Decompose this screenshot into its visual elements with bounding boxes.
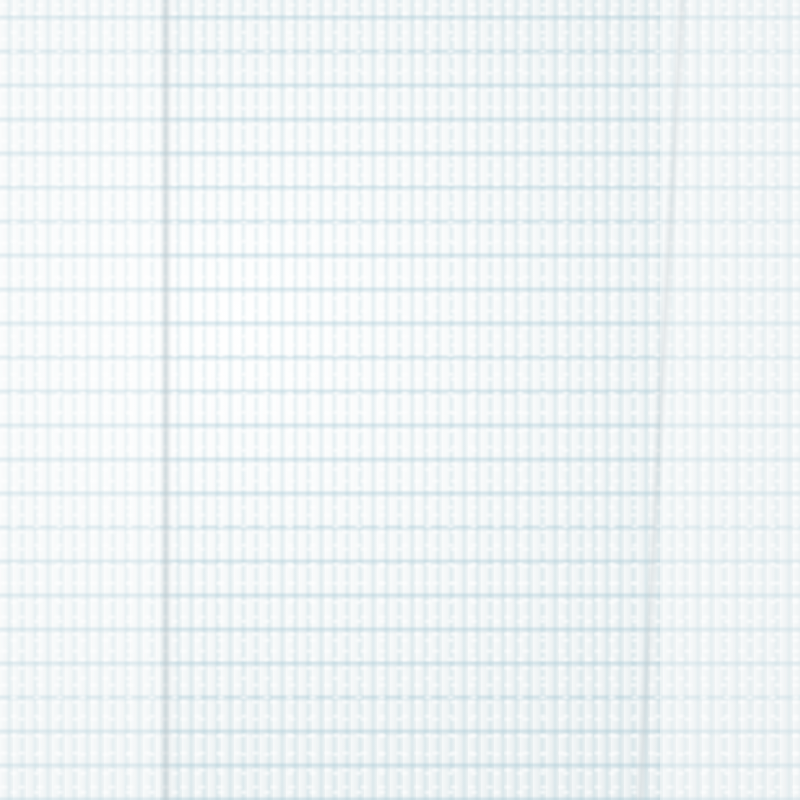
fabric-texture-photo: [0, 0, 800, 800]
left-seam: [160, 0, 172, 800]
